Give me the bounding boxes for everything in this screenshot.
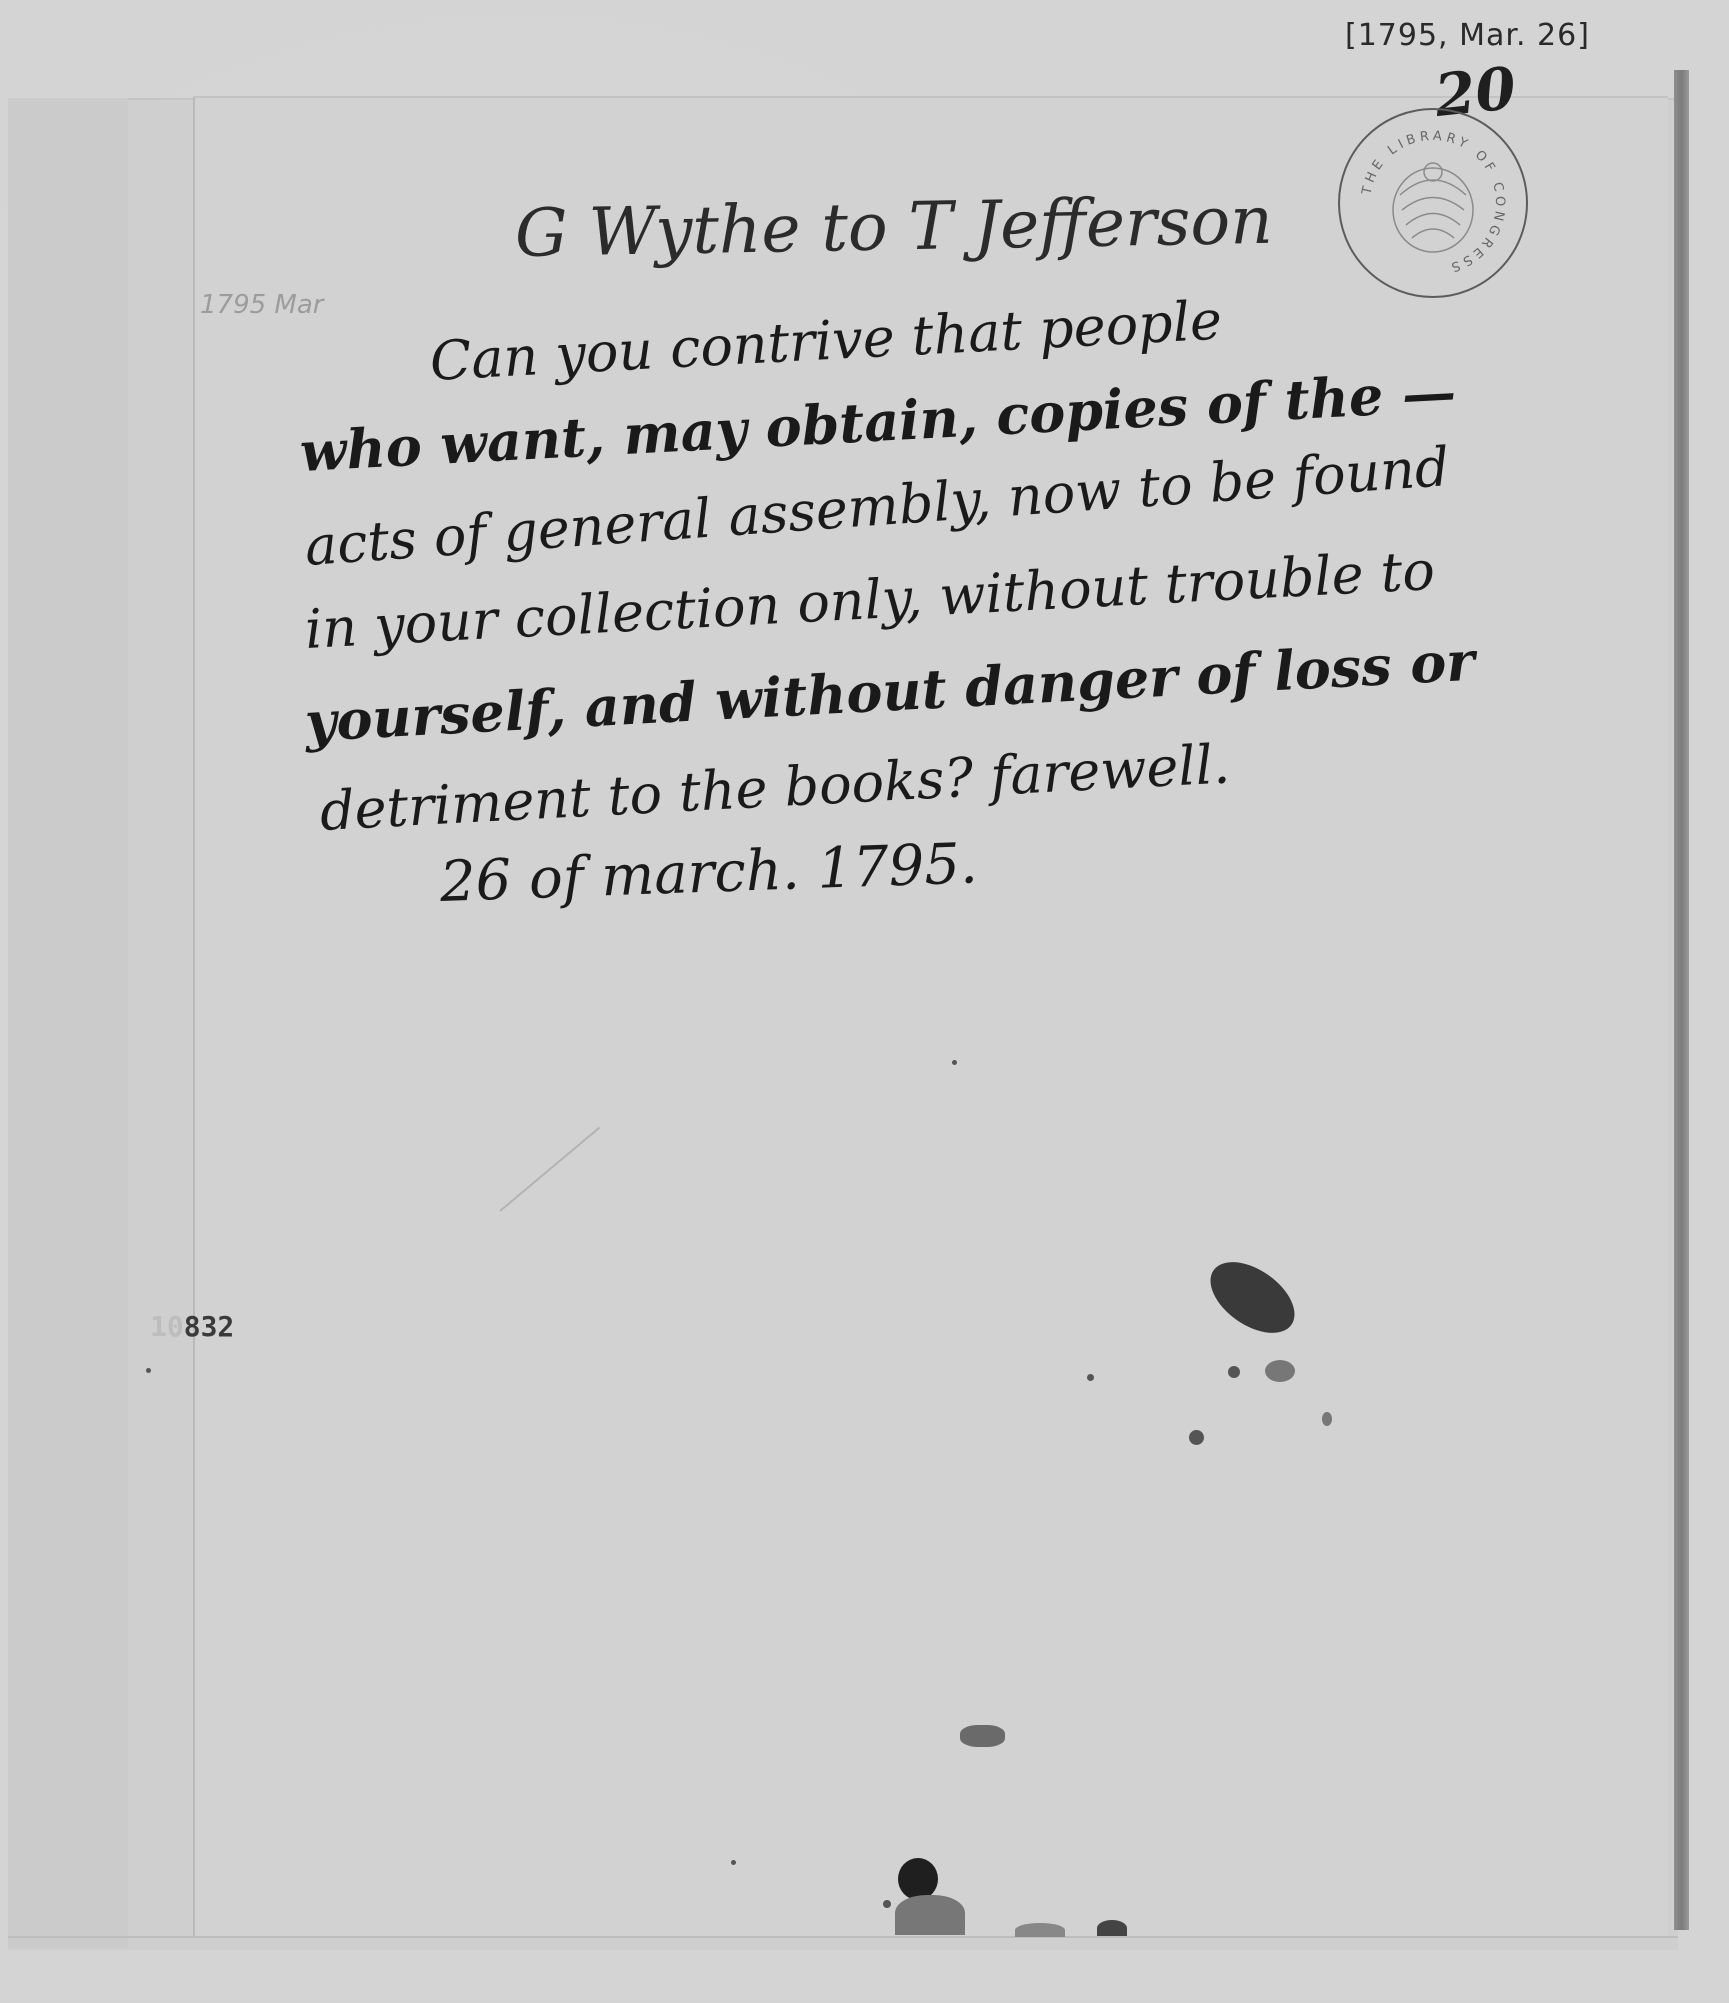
- ink-blot: [1097, 1920, 1127, 1936]
- binding-edge-bar: [1674, 70, 1689, 1930]
- backing-sheet-left-strip: [8, 98, 128, 1948]
- ink-dot: [1228, 1366, 1240, 1378]
- library-of-congress-stamp: THE LIBRARY OF CONGRESS: [1338, 108, 1528, 298]
- collection-number-faint: 10: [150, 1310, 184, 1343]
- letter-heading: G Wythe to T Jefferson: [514, 182, 1273, 272]
- ink-blot: [1265, 1360, 1295, 1382]
- ink-dot: [883, 1900, 891, 1908]
- sheet-bottom-edge: [8, 1936, 1678, 1938]
- pencil-annotation: 1795 Mar: [200, 290, 324, 320]
- ink-dot: [731, 1860, 736, 1865]
- ink-dot: [1322, 1412, 1332, 1426]
- eagle-seal-icon: THE LIBRARY OF CONGRESS: [1340, 110, 1526, 296]
- collection-number-stamp: 10832: [150, 1310, 234, 1343]
- archival-date-notation: [1795, Mar. 26]: [1345, 18, 1590, 53]
- ink-blot: [1015, 1923, 1065, 1937]
- collection-number: 832: [184, 1310, 235, 1343]
- ink-dot: [1087, 1374, 1094, 1381]
- ink-dot: [146, 1368, 151, 1373]
- ink-blot: [898, 1858, 938, 1900]
- ink-dot: [952, 1060, 957, 1065]
- ink-blot: [960, 1725, 1005, 1747]
- ink-dot: [1189, 1430, 1204, 1445]
- svg-text:THE LIBRARY OF CONGRESS: THE LIBRARY OF CONGRESS: [1359, 129, 1507, 275]
- ink-blot: [895, 1895, 965, 1935]
